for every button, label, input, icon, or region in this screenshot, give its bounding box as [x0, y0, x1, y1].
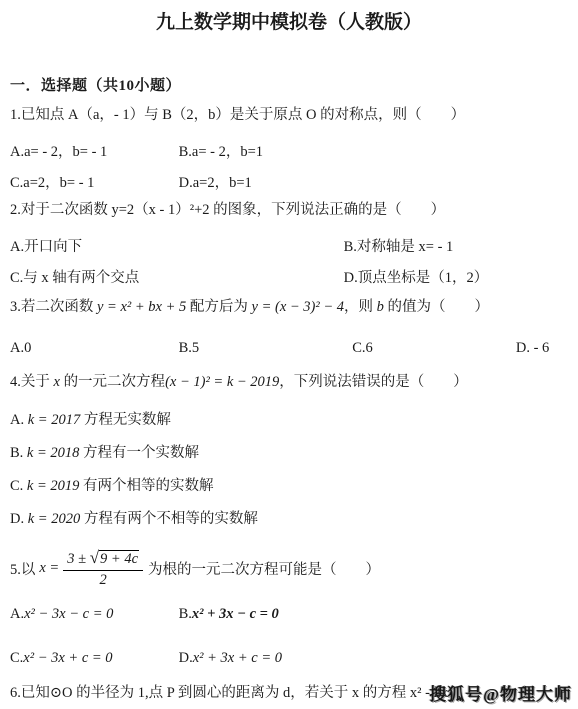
option-5a: A.x² − 3x − c = 0: [10, 603, 175, 625]
q3-formula-1: y = x² + bx + 5: [97, 299, 186, 315]
option-4c-label: C.: [10, 478, 23, 494]
q3-post1: ，则: [344, 299, 373, 315]
q4-mid: 的一元二次方程: [64, 374, 166, 390]
option-1d: D.a=2，b=1: [179, 173, 252, 193]
question-5-options-row-2: C.x² − 3x + c = 0 D.x² + 3x + c = 0: [10, 647, 568, 669]
option-5b-formula: x² + 3x − c = 0: [192, 606, 279, 622]
option-3c: C.6: [352, 338, 512, 358]
q3-post2: 的值为（ ）: [388, 299, 490, 315]
watermark: 搜狐号@物理大师: [429, 680, 572, 705]
option-4b: B. k = 2018 方程有一个实数解: [10, 443, 568, 463]
question-2-options-row-1: A.开口向下 B.对称轴是 x= - 1: [10, 237, 568, 257]
option-5c-label: C.: [10, 650, 23, 666]
option-5b: B.x² + 3x − c = 0: [179, 603, 279, 625]
q5-denominator: 2: [63, 571, 143, 589]
option-2d: D.顶点坐标是（1，2）: [344, 268, 489, 288]
question-1-stem: 1.已知点 A（a，- 1）与 B（2，b）是关于原点 O 的对称点，则（ ）: [10, 105, 568, 125]
option-2b: B.对称轴是 x= - 1: [344, 237, 454, 257]
q5-numerator-prefix: 3 ±: [67, 551, 86, 567]
option-1b: B.a= - 2，b=1: [179, 142, 263, 162]
question-2-options-row-2: C.与 x 轴有两个交点 D.顶点坐标是（1，2）: [10, 268, 568, 288]
option-4c-formula: k = 2019: [27, 478, 79, 494]
option-4d-text: 方程有两个不相等的实数解: [84, 511, 258, 527]
exam-page: 九上数学期中模拟卷（人教版） 一．选择题（共10小题） 1.已知点 A（a，- …: [0, 0, 578, 709]
q4-formula: (x − 1)² = k − 2019: [165, 374, 279, 390]
option-4c: C. k = 2019 有两个相等的实数解: [10, 476, 568, 496]
q3-pre: 3.若二次函数: [10, 299, 93, 315]
option-5c: C.x² − 3x + c = 0: [10, 647, 175, 669]
option-5a-formula: x² − 3x − c = 0: [24, 606, 113, 622]
q3-formula-2: y = (x − 3)² − 4: [252, 299, 344, 315]
option-5d: D.x² + 3x + c = 0: [179, 647, 282, 669]
option-4a-text: 方程无实数解: [84, 412, 171, 428]
question-4-stem: 4.关于 x 的一元二次方程(x − 1)² = k − 2019，下列说法错误…: [10, 371, 568, 393]
question-5-options-row-1: A.x² − 3x − c = 0 B.x² + 3x − c = 0: [10, 603, 568, 625]
q4-pre: 4.关于: [10, 374, 50, 390]
option-4b-formula: k = 2018: [27, 445, 79, 461]
option-1a: A.a= - 2，b= - 1: [10, 142, 175, 162]
option-2a: A.开口向下: [10, 237, 340, 257]
option-5b-label: B.: [179, 606, 192, 622]
option-1c: C.a=2，b= - 1: [10, 173, 175, 193]
q3-mid: 配方后为: [190, 299, 248, 315]
option-5c-formula: x² − 3x + c = 0: [23, 650, 112, 666]
q5-radicand: 9 + 4c: [99, 550, 139, 567]
option-3b: B.5: [179, 338, 349, 358]
q4-post: ，下列说法错误的是（ ）: [279, 374, 468, 390]
question-1-options-row-1: A.a= - 2，b= - 1 B.a= - 2，b=1: [10, 142, 568, 162]
option-5d-formula: x² + 3x + c = 0: [193, 650, 282, 666]
sqrt-icon: √: [90, 548, 99, 567]
q3-variable: b: [377, 299, 384, 315]
option-4b-text: 方程有一个实数解: [83, 445, 199, 461]
section-header: 一．选择题（共10小题）: [10, 76, 568, 96]
option-5a-label: A.: [10, 606, 24, 622]
question-1-options-row-2: C.a=2，b= - 1 D.a=2，b=1: [10, 173, 568, 193]
option-5d-label: D.: [179, 650, 193, 666]
q5-post: 为根的一元二次方程可能是（ ）: [148, 558, 380, 579]
question-3-stem: 3.若二次函数 y = x² + bx + 5 配方后为 y = (x − 3)…: [10, 296, 568, 318]
option-4a-formula: k = 2017: [28, 412, 80, 428]
option-4a-label: A.: [10, 412, 24, 428]
option-4a: A. k = 2017 方程无实数解: [10, 410, 568, 430]
question-3-options-row: A.0 B.5 C.6 D. - 6: [10, 338, 568, 358]
q5-fraction: 3 ± √9 + 4c 2: [63, 548, 143, 589]
option-4d-formula: k = 2020: [28, 511, 80, 527]
option-4d-label: D.: [10, 511, 24, 527]
q4-variable: x: [54, 374, 60, 390]
page-title: 九上数学期中模拟卷（人教版）: [10, 10, 568, 36]
question-5-stem: 5.以 x = 3 ± √9 + 4c 2 为根的一元二次方程可能是（ ）: [10, 541, 568, 595]
option-4b-label: B.: [10, 445, 23, 461]
question-2-stem: 2.对于二次函数 y=2（x - 1）²+2 的图象，下列说法正确的是（ ）: [10, 200, 568, 220]
option-4c-text: 有两个相等的实数解: [83, 478, 214, 494]
option-3d: D. - 6: [516, 338, 549, 358]
option-4d: D. k = 2020 方程有两个不相等的实数解: [10, 509, 568, 529]
q5-pre: 5.以: [10, 558, 35, 579]
q5-lhs: x =: [39, 560, 59, 577]
option-2c: C.与 x 轴有两个交点: [10, 268, 340, 288]
q6-text: 6.已知⊙O 的半径为 1,点 P 到圆心的距离为 d，若关于 x 的方程 x²…: [10, 685, 448, 701]
option-3a: A.0: [10, 338, 175, 358]
q5-numerator: 3 ± √9 + 4c: [63, 548, 143, 571]
